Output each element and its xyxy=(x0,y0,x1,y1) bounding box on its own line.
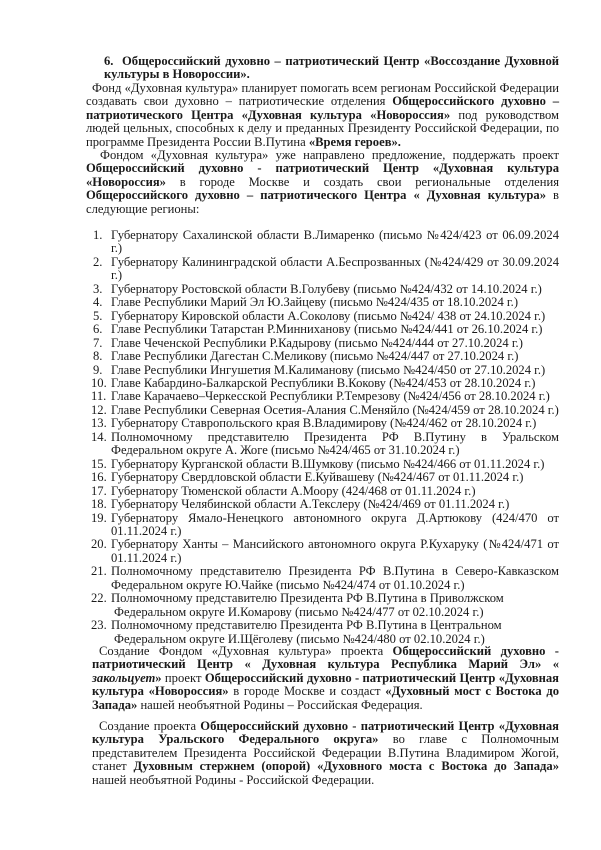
list-item: 1.Губернатору Сахалинской области В.Лима… xyxy=(86,229,559,256)
list-text: Губернатору Ханты – Мансийского автономн… xyxy=(111,537,559,564)
list-item: 2.Губернатору Калининградской области А.… xyxy=(86,256,559,283)
list-number: 5. xyxy=(93,310,102,323)
list-item: 17.Губернатору Тюменской области А.Моору… xyxy=(86,485,559,498)
bold-run: Духовным стержнем (опорой) «Духовного мо… xyxy=(134,759,559,773)
text-run: в городе Москве и создаст xyxy=(229,684,386,698)
list-item: 6.Главе Республики Татарстан Р.Миннихано… xyxy=(86,323,559,336)
paragraph-fund-plans: Фонд «Духовная культура» планирует помог… xyxy=(86,82,559,149)
text-run: Фондом «Духовная культура» уже направлен… xyxy=(100,148,559,162)
list-text: Губернатору Ямало-Ненецкого автономного … xyxy=(111,511,559,538)
list-number: 4. xyxy=(93,296,102,309)
section-heading: 6.Общероссийский духовно – патриотически… xyxy=(104,55,559,82)
list-number: 22. xyxy=(91,592,107,605)
list-item: 16.Губернатору Свердловской области Е.Ку… xyxy=(86,471,559,484)
list-item: 13.Губернатору Ставропольского края В.Вл… xyxy=(86,417,559,430)
list-text: Полномочному представителю Президента РФ… xyxy=(111,430,559,457)
list-text-line1: Полномочному представителю Президента РФ… xyxy=(111,618,502,632)
list-number: 11. xyxy=(91,390,106,403)
list-item: 10.Главе Кабардино-Балкарской Республики… xyxy=(86,377,559,390)
list-item: 8.Главе Республики Дагестан С.Меликову (… xyxy=(86,350,559,363)
list-text: Губернатору Курганской области В.Шумкову… xyxy=(111,457,545,471)
list-number: 14. xyxy=(91,431,107,444)
paragraph-ural-project: Создание проекта Общероссийский духовно … xyxy=(92,720,559,787)
list-number: 8. xyxy=(93,350,102,363)
paragraph-proposal: Фондом «Духовная культура» уже направлен… xyxy=(86,149,559,216)
list-text: Губернатору Кировской области А.Соколову… xyxy=(111,309,545,323)
list-number: 16. xyxy=(91,471,107,484)
list-text: Главе Республики Дагестан С.Меликову (пи… xyxy=(111,349,518,363)
list-number: 20. xyxy=(91,538,107,551)
list-text: Губернатору Челябинской области А.Тексле… xyxy=(111,497,509,511)
list-item: 23.Полномочному представителю Президента… xyxy=(86,619,559,646)
list-text: Губернатору Ставропольского края В.Влади… xyxy=(111,416,536,430)
list-text: Губернатору Сахалинской области В.Лимаре… xyxy=(111,228,559,255)
list-number: 3. xyxy=(93,283,102,296)
list-text: Главе Карачаево–Черкесской Республики Р.… xyxy=(111,389,550,403)
list-text: Главе Кабардино-Балкарской Республики В.… xyxy=(111,376,535,390)
list-item: 5.Губернатору Кировской области А.Соколо… xyxy=(86,310,559,323)
list-item: 15.Губернатору Курганской области В.Шумк… xyxy=(86,458,559,471)
list-text: Губернатору Тюменской области А.Моору (4… xyxy=(111,484,476,498)
list-text: Губернатору Ростовской области В.Голубев… xyxy=(111,282,542,296)
bold-run: «Время героев». xyxy=(309,135,401,149)
text-run: нашей необъятной Родины – Российская Фед… xyxy=(137,698,422,712)
list-text: Главе Республики Северная Осетия-Алания … xyxy=(111,403,559,417)
list-item: 20.Губернатору Ханты – Мансийского автон… xyxy=(86,538,559,565)
list-item: 3.Губернатору Ростовской области В.Голуб… xyxy=(86,283,559,296)
paragraph-mari-el-project: Создание Фондом «Духовная культура» прое… xyxy=(92,645,559,712)
list-item: 19.Губернатору Ямало-Ненецкого автономно… xyxy=(86,512,559,539)
text-run: проект xyxy=(162,671,205,685)
list-item: 12.Главе Республики Северная Осетия-Алан… xyxy=(86,404,559,417)
list-number: 12. xyxy=(91,404,107,417)
list-number: 23. xyxy=(91,619,107,632)
list-text-line1: Полномочному представителю Президента РФ… xyxy=(111,591,504,605)
list-item: 22.Полномочному представителю Президента… xyxy=(86,592,559,619)
list-text: Губернатору Калининградской области А.Бе… xyxy=(111,255,559,282)
bold-italic-run: закольцует xyxy=(92,671,155,685)
list-number: 15. xyxy=(91,458,107,471)
list-number: 7. xyxy=(93,337,102,350)
bold-run: Общероссийского духовно – патриотическог… xyxy=(86,188,546,202)
list-number: 9. xyxy=(93,364,102,377)
list-number: 21. xyxy=(91,565,107,578)
list-number: 18. xyxy=(91,498,107,511)
list-text: Главе Республики Ингушетия М.Калиманову … xyxy=(111,363,545,377)
list-text-line2: Федеральном округе И.Комарову (письмо №4… xyxy=(111,606,559,619)
list-item: 4.Главе Республики Марий Эл Ю.Зайцеву (п… xyxy=(86,296,559,309)
list-item: 9.Главе Республики Ингушетия М.Калиманов… xyxy=(86,364,559,377)
document-page: 6.Общероссийский духовно – патриотически… xyxy=(0,0,601,850)
regions-list: 1.Губернатору Сахалинской области В.Лима… xyxy=(86,229,559,646)
text-run: в городе Москве и создать свои региональ… xyxy=(166,175,559,189)
list-item: 7.Главе Чеченской Республики Р.Кадырову … xyxy=(86,337,559,350)
list-text: Губернатору Свердловской области Е.Куйва… xyxy=(111,470,523,484)
list-item: 21.Полномочному представителю Президента… xyxy=(86,565,559,592)
section-number: 6. xyxy=(104,55,122,68)
list-number: 10. xyxy=(91,377,107,390)
list-text: Главе Республики Марий Эл Ю.Зайцеву (пис… xyxy=(111,295,518,309)
list-number: 2. xyxy=(93,256,102,269)
list-number: 17. xyxy=(91,485,107,498)
list-text: Главе Республики Татарстан Р.Миннихановy… xyxy=(111,322,543,336)
text-run: Создание Фондом «Духовная культура» прое… xyxy=(99,644,393,658)
text-run: Создание проекта xyxy=(99,719,200,733)
list-number: 13. xyxy=(91,417,107,430)
text-run: нашей необъятной Родины - Российской Фед… xyxy=(92,773,374,787)
list-item: 18.Губернатору Челябинской области А.Тек… xyxy=(86,498,559,511)
list-text: Полномочному представителю Президента РФ… xyxy=(111,564,559,591)
list-number: 19. xyxy=(91,512,107,525)
list-number: 1. xyxy=(93,229,102,242)
list-item: 11.Главе Карачаево–Черкесской Республики… xyxy=(86,390,559,403)
list-text: Главе Чеченской Республики Р.Кадырову (п… xyxy=(111,336,523,350)
section-title: Общероссийский духовно – патриотический … xyxy=(104,54,559,81)
list-number: 6. xyxy=(93,323,102,336)
list-item: 14.Полномочному представителю Президента… xyxy=(86,431,559,458)
